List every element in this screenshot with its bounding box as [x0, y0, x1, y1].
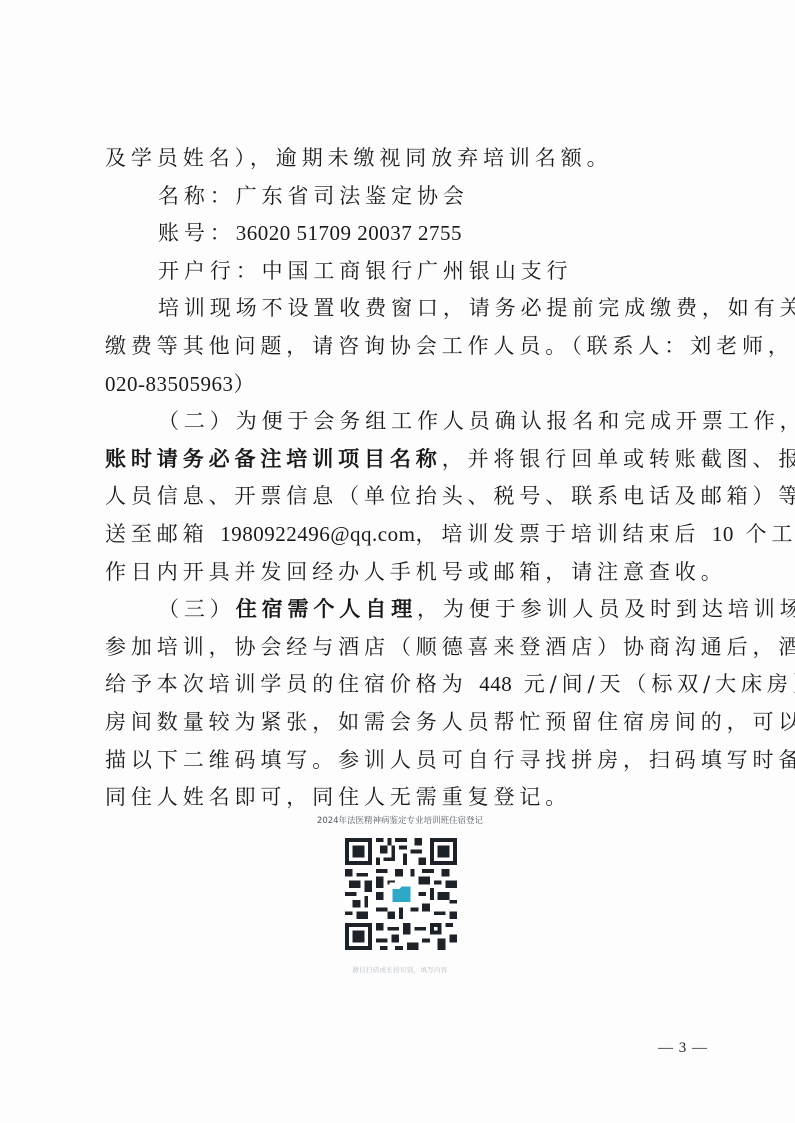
qr-code[interactable] — [345, 838, 457, 950]
section-3-line-3: 给予本次培训学员的住宿价格为 448 元/间/天（标双/大床房）。 — [105, 666, 697, 704]
section-3-text: 参加培训，协会经与酒店（顺德喜来登酒店）协商沟通后，酒店 — [105, 635, 795, 659]
section-2-line-3: 人员信息、开票信息（单位抬头、税号、联系电话及邮箱）等发 — [105, 478, 697, 516]
section-3-text: 房间数量较为紧张，如需会务人员帮忙预留住宿房间的，可以扫 — [105, 710, 795, 734]
payment-deadline-text: 及学员姓名），逾期未缴视同放弃培训名额。 — [105, 146, 613, 170]
account-name: 名称：广东省司法鉴定协会 — [158, 184, 469, 208]
paragraph-line: 及学员姓名），逾期未缴视同放弃培训名额。 — [105, 140, 697, 178]
document-body: 及学员姓名），逾期未缴视同放弃培训名额。 名称：广东省司法鉴定协会 账号：360… — [105, 140, 697, 817]
page-number: — 3 — — [658, 1040, 708, 1057]
section-3-line-4: 房间数量较为紧张，如需会务人员帮忙预留住宿房间的，可以扫 — [105, 704, 697, 742]
section-2-text: 个工 — [734, 522, 795, 546]
section-2-text: 人员信息、开票信息（单位抬头、税号、联系电话及邮箱）等发 — [105, 484, 795, 508]
section-3-emphasis: 住宿需个人自理 — [236, 597, 417, 621]
section-3-text: ，为便于参训人员及时到达培训场地 — [417, 597, 795, 621]
section-3-line-1: （三）住宿需个人自理，为便于参训人员及时到达培训场地 — [105, 591, 697, 629]
section-3-line-2: 参加培训，协会经与酒店（顺德喜来登酒店）协商沟通后，酒店 — [105, 629, 697, 667]
qr-code-icon — [345, 838, 457, 950]
account-name-line: 名称：广东省司法鉴定协会 — [105, 178, 697, 216]
section-2-emphasis: 账时请务必备注培训项目名称 — [105, 447, 442, 471]
section-2-text: 送至邮箱 — [105, 522, 220, 546]
section-2-line-1: （二）为便于会务组工作人员确认报名和完成开票工作，转 — [105, 403, 697, 441]
section-2-line-4: 送至邮箱 1980922496@qq.com，培训发票于培训结束后 10 个工 — [105, 516, 697, 554]
notice-text: 缴费等其他问题，请咨询协会工作人员。（联系人：刘老师， — [105, 334, 794, 358]
contact-phone: 020-83505963） — [105, 372, 255, 396]
section-2-text: （二）为便于会务组工作人员确认报名和完成开票工作， — [158, 409, 795, 433]
bank-name: 开户行：中国工商银行广州银山支行 — [158, 259, 572, 283]
section-2-text: ，培训发票于培训结束后 — [415, 522, 711, 546]
section-3-text: 给予本次培训学员的住宿价格为 — [105, 672, 479, 696]
section-3-text: （三） — [158, 597, 236, 621]
notice-line-1: 培训现场不设置收费窗口，请务必提前完成缴费，如有关于 — [105, 290, 697, 328]
room-price: 448 — [479, 672, 512, 696]
qr-title: 2024年法医精神病鉴定专业培训班住宿登记 — [310, 815, 490, 828]
notice-line-2: 缴费等其他问题，请咨询协会工作人员。（联系人：刘老师， — [105, 328, 697, 366]
section-2-line-2: 账时请务必备注培训项目名称，并将银行回单或转账截图、报名 — [105, 441, 697, 479]
account-number: 36020 51709 20037 2755 — [236, 221, 462, 245]
section-3-line-6: 同住人姓名即可，同住人无需重复登记。 — [105, 779, 697, 817]
qr-registration-block: 2024年法医精神病鉴定专业培训班住宿登记 — [300, 815, 500, 974]
qr-caption: 微信扫码或长按识别，填写内容 — [300, 965, 500, 974]
section-2-line-5: 作日内开具并发回经办人手机号或邮箱，请注意查收。 — [105, 554, 697, 592]
folder-logo-icon — [393, 887, 411, 902]
working-days-number: 10 — [712, 522, 734, 546]
notice-line-3: 020-83505963） — [105, 366, 697, 404]
account-number-line: 账号：36020 51709 20037 2755 — [105, 215, 697, 253]
section-3-line-5: 描以下二维码填写。参训人员可自行寻找拼房，扫码填写时备注 — [105, 742, 697, 780]
section-3-text: 同住人姓名即可，同住人无需重复登记。 — [105, 785, 571, 809]
section-3-text: 元/间/天（标双/大床房）。 — [512, 672, 795, 696]
account-number-label: 账号： — [158, 221, 236, 245]
section-2-text: ，并将银行回单或转账截图、报名 — [442, 447, 795, 471]
bank-line: 开户行：中国工商银行广州银山支行 — [105, 253, 697, 291]
notice-text: 培训现场不设置收费窗口，请务必提前完成缴费，如有关于 — [158, 296, 795, 320]
document-page: 及学员姓名），逾期未缴视同放弃培训名额。 名称：广东省司法鉴定协会 账号：360… — [0, 0, 795, 1123]
section-2-text: 作日内开具并发回经办人手机号或邮箱，请注意查收。 — [105, 560, 727, 584]
email-address: 1980922496@qq.com — [220, 522, 415, 546]
section-3-text: 描以下二维码填写。参训人员可自行寻找拼房，扫码填写时备注 — [105, 748, 795, 772]
